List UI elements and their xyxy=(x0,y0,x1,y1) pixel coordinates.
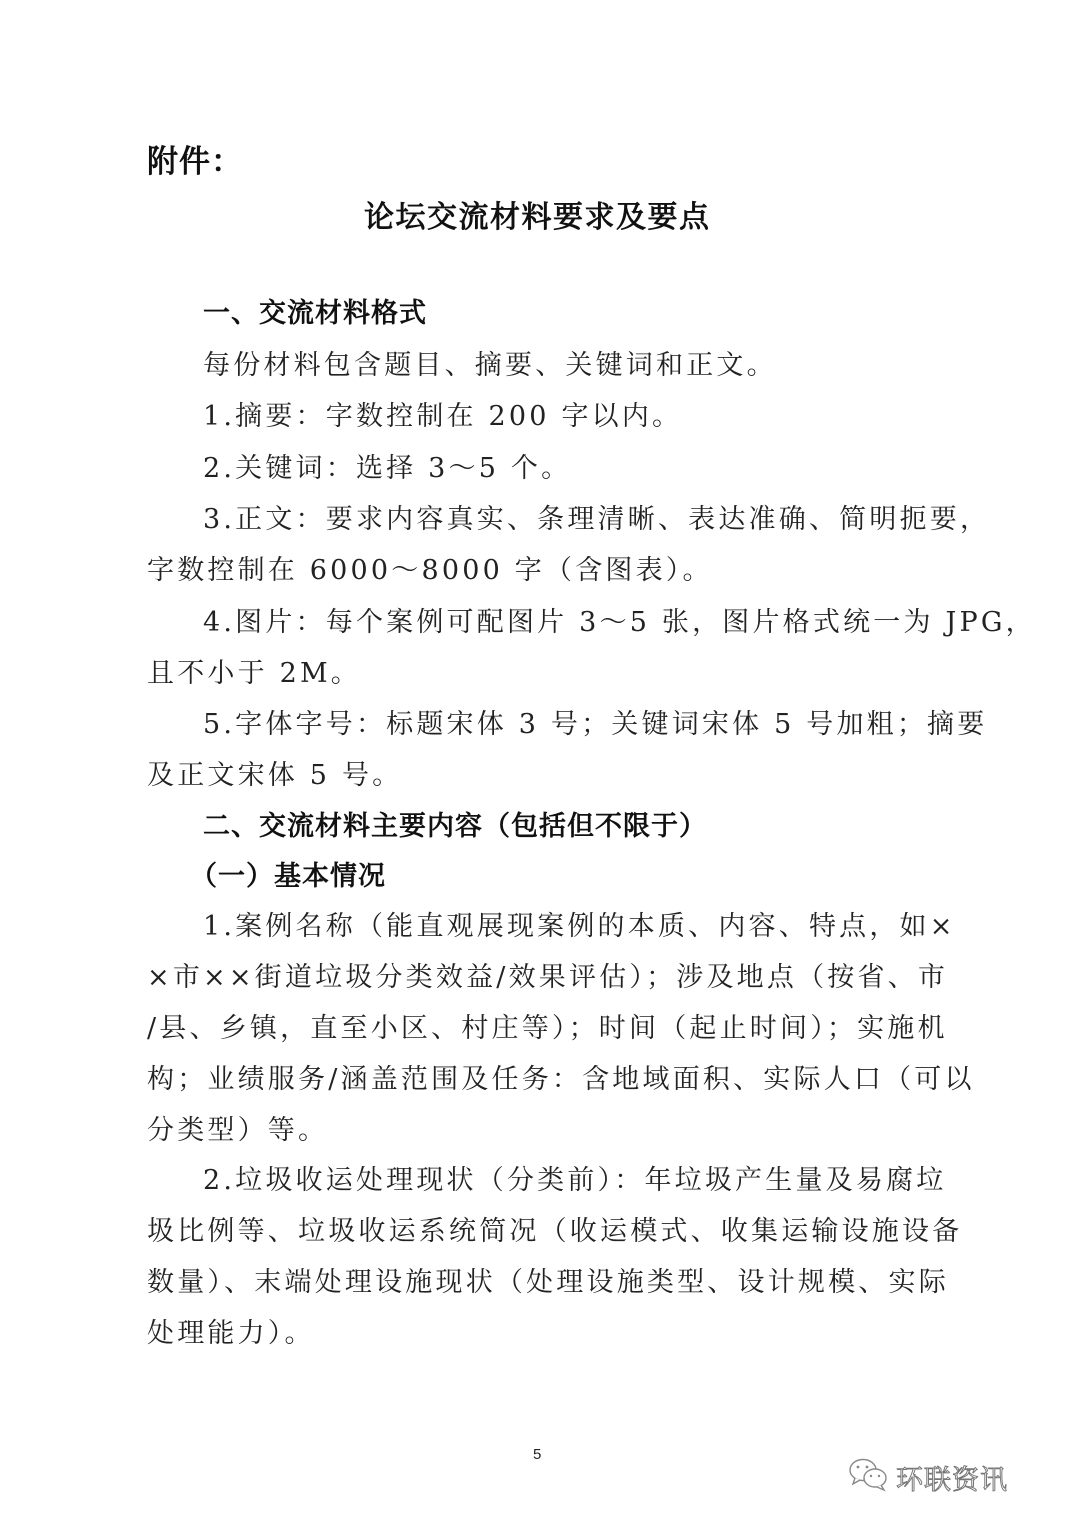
list-item: 2.垃圾收运处理现状（分类前）：年垃圾产生量及易腐垃 xyxy=(203,1164,946,1198)
section-heading-1: 一、交流材料格式 xyxy=(203,297,427,331)
subsection-heading: （一）基本情况 xyxy=(190,860,386,894)
watermark: 环联资讯 xyxy=(848,1456,1008,1499)
section-heading-2: 二、交流材料主要内容（包括但不限于） xyxy=(203,810,707,844)
list-item: 4.图片：每个案例可配图片 3～5 张，图片格式统一为 JPG， xyxy=(203,606,1036,640)
list-item: 3.正文：要求内容真实、条理清晰、表达准确、简明扼要， xyxy=(203,503,990,537)
document-title: 论坛交流材料要求及要点 xyxy=(364,198,711,238)
list-item-continued: 构；业绩服务/涵盖范围及任务：含地域面积、实际人口（可以 xyxy=(147,1063,975,1097)
page-number: 5 xyxy=(533,1446,541,1463)
list-item-continued: /县、乡镇，直至小区、村庄等）；时间（起止时间）；实施机 xyxy=(147,1012,948,1046)
list-item-continued: 字数控制在 6000～8000 字（含图表）。 xyxy=(147,554,713,588)
watermark-text: 环联资讯 xyxy=(896,1458,1008,1497)
list-item-continued: 圾比例等、垃圾收运系统简况（收运模式、收集运输设施设备 xyxy=(147,1215,962,1249)
list-item: 2.关键词：选择 3～5 个。 xyxy=(203,452,571,486)
list-item-continued: 数量）、末端处理设施现状（处理设施类型、设计规模、实际 xyxy=(147,1266,949,1300)
list-item: 5.字体字号：标题宋体 3 号；关键词宋体 5 号加粗；摘要 xyxy=(203,708,987,742)
list-item-continued: 且不小于 2M。 xyxy=(147,657,361,691)
list-item-continued: ×市××街道垃圾分类效益/效果评估）；涉及地点（按省、市 xyxy=(147,961,948,995)
list-item-continued: 处理能力）。 xyxy=(147,1317,315,1351)
list-item: 1.案例名称（能直观展现案例的本质、内容、特点，如× xyxy=(203,910,956,944)
document-page: 附件： 论坛交流材料要求及要点 一、交流材料格式 每份材料包含题目、摘要、关键词… xyxy=(0,0,1080,1528)
attachment-label: 附件： xyxy=(147,142,243,182)
list-item-continued: 分类型）等。 xyxy=(147,1114,328,1148)
list-item: 1.摘要：字数控制在 200 字以内。 xyxy=(203,400,682,434)
list-item-continued: 及正文宋体 5 号。 xyxy=(147,759,402,793)
wechat-icon xyxy=(848,1456,890,1499)
paragraph: 每份材料包含题目、摘要、关键词和正文。 xyxy=(203,349,777,383)
